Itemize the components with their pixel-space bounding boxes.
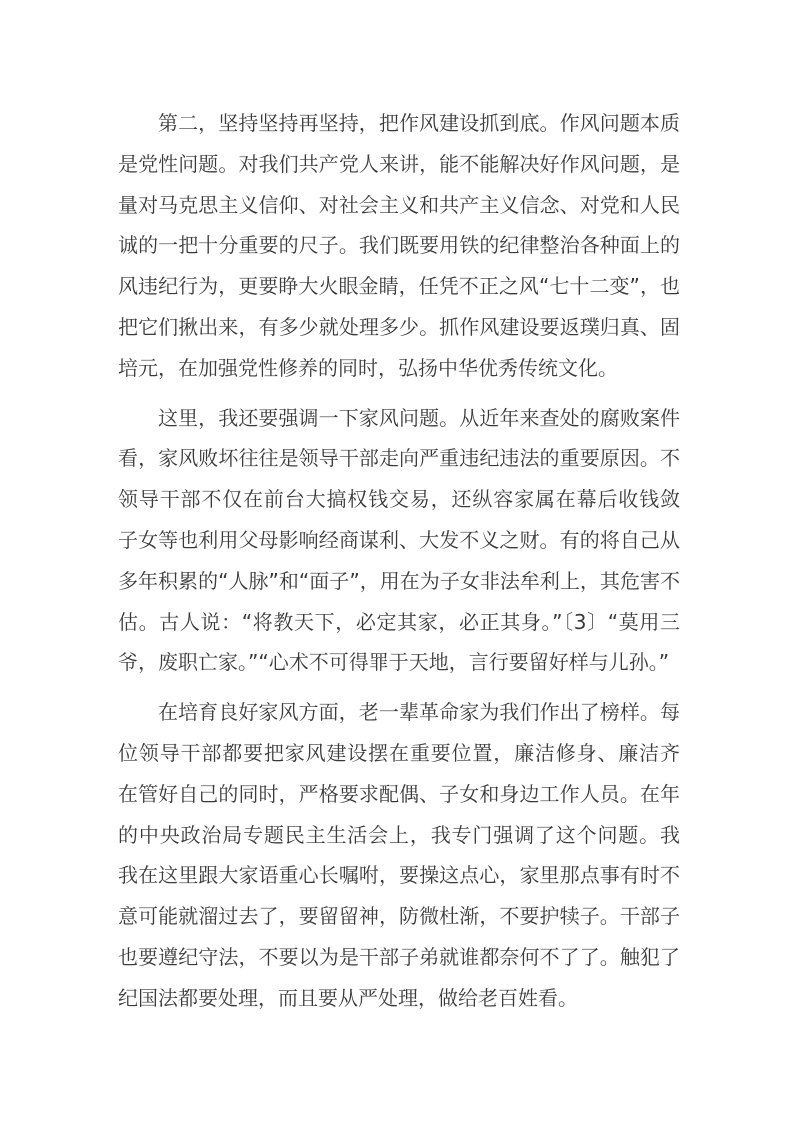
text-line: 子女等也利用父母影响经商谋利、大发不义之财。有的将自己从政 [118,520,680,561]
text-line: 在培育良好家风方面，老一辈革命家为我们作出了榜样。每一 [118,692,680,733]
text-line: 培元，在加强党性修养的同时，弘扬中华优秀传统文化。 [118,348,680,389]
text-line: 也要遵纪守法，不要以为是干部子弟就谁都奈何不了了。触犯了党 [118,937,680,978]
text-line: 的中央政治局专题民主生活会上，我专门强调了这个问题。我说， [118,815,680,856]
text-line: 诚的一把十分重要的尺子。我们既要用铁的纪律整治各种面上的顶 [118,225,680,266]
text-line: 估。古人说：“将教天下，必定其家，必正其身。”〔3〕“莫用三 [118,602,680,643]
text-line: 纪国法都要处理，而且要从严处理，做给老百姓看。 [118,978,680,1019]
paragraph-1: 第二，坚持坚持再坚持，把作风建设抓到底。作风问题本质上 是党性问题。对我们共产党… [118,103,680,389]
paragraph-3: 在培育良好家风方面，老一辈革命家为我们作出了榜样。每一 位领导干部都要把家风建设… [118,692,680,1018]
text-line: 看，家风败坏往往是领导干部走向严重违纪违法的重要原因。不少 [118,438,680,479]
text-line: 在管好自己的同时，严格要求配偶、子女和身边工作人员。在年前 [118,774,680,815]
text-line: 把它们揪出来，有多少就处理多少。抓作风建设要返璞归真、固本 [118,307,680,348]
text-line: 爷，废职亡家。”“心术不可得罪于天地，言行要留好样与儿孙。” [118,642,680,683]
text-line: 领导干部不仅在前台大搞权钱交易，还纵容家属在幕后收钱敛财， [118,479,680,520]
text-line: 这里，我还要强调一下家风问题。从近年来查处的腐败案件 [118,398,680,439]
text-line: 是党性问题。对我们共产党人来讲，能不能解决好作风问题，是衡 [118,144,680,185]
text-line: 风违纪行为，更要睁大火眼金睛，任凭不正之风“七十二变”，也要 [118,266,680,307]
paragraph-2: 这里，我还要强调一下家风问题。从近年来查处的腐败案件 看，家风败坏往往是领导干部… [118,398,680,684]
text-line: 第二，坚持坚持再坚持，把作风建设抓到底。作风问题本质上 [118,103,680,144]
document-page: 第二，坚持坚持再坚持，把作风建设抓到底。作风问题本质上 是党性问题。对我们共产党… [0,0,800,1130]
document-text-block: 第二，坚持坚持再坚持，把作风建设抓到底。作风问题本质上 是党性问题。对我们共产党… [118,103,680,1019]
text-line: 我在这里跟大家语重心长嘱咐，要操这点心，家里那点事有时不经 [118,855,680,896]
text-line: 多年积累的“人脉”和“面子”，用在为子女非法牟利上，其危害不可低 [118,561,680,602]
text-line: 量对马克思主义信仰、对社会主义和共产主义信念、对党和人民忠 [118,185,680,226]
text-line: 意可能就溜过去了，要留留神，防微杜渐，不要护犊子。干部子弟 [118,896,680,937]
text-line: 位领导干部都要把家风建设摆在重要位置，廉洁修身、廉洁齐家， [118,733,680,774]
